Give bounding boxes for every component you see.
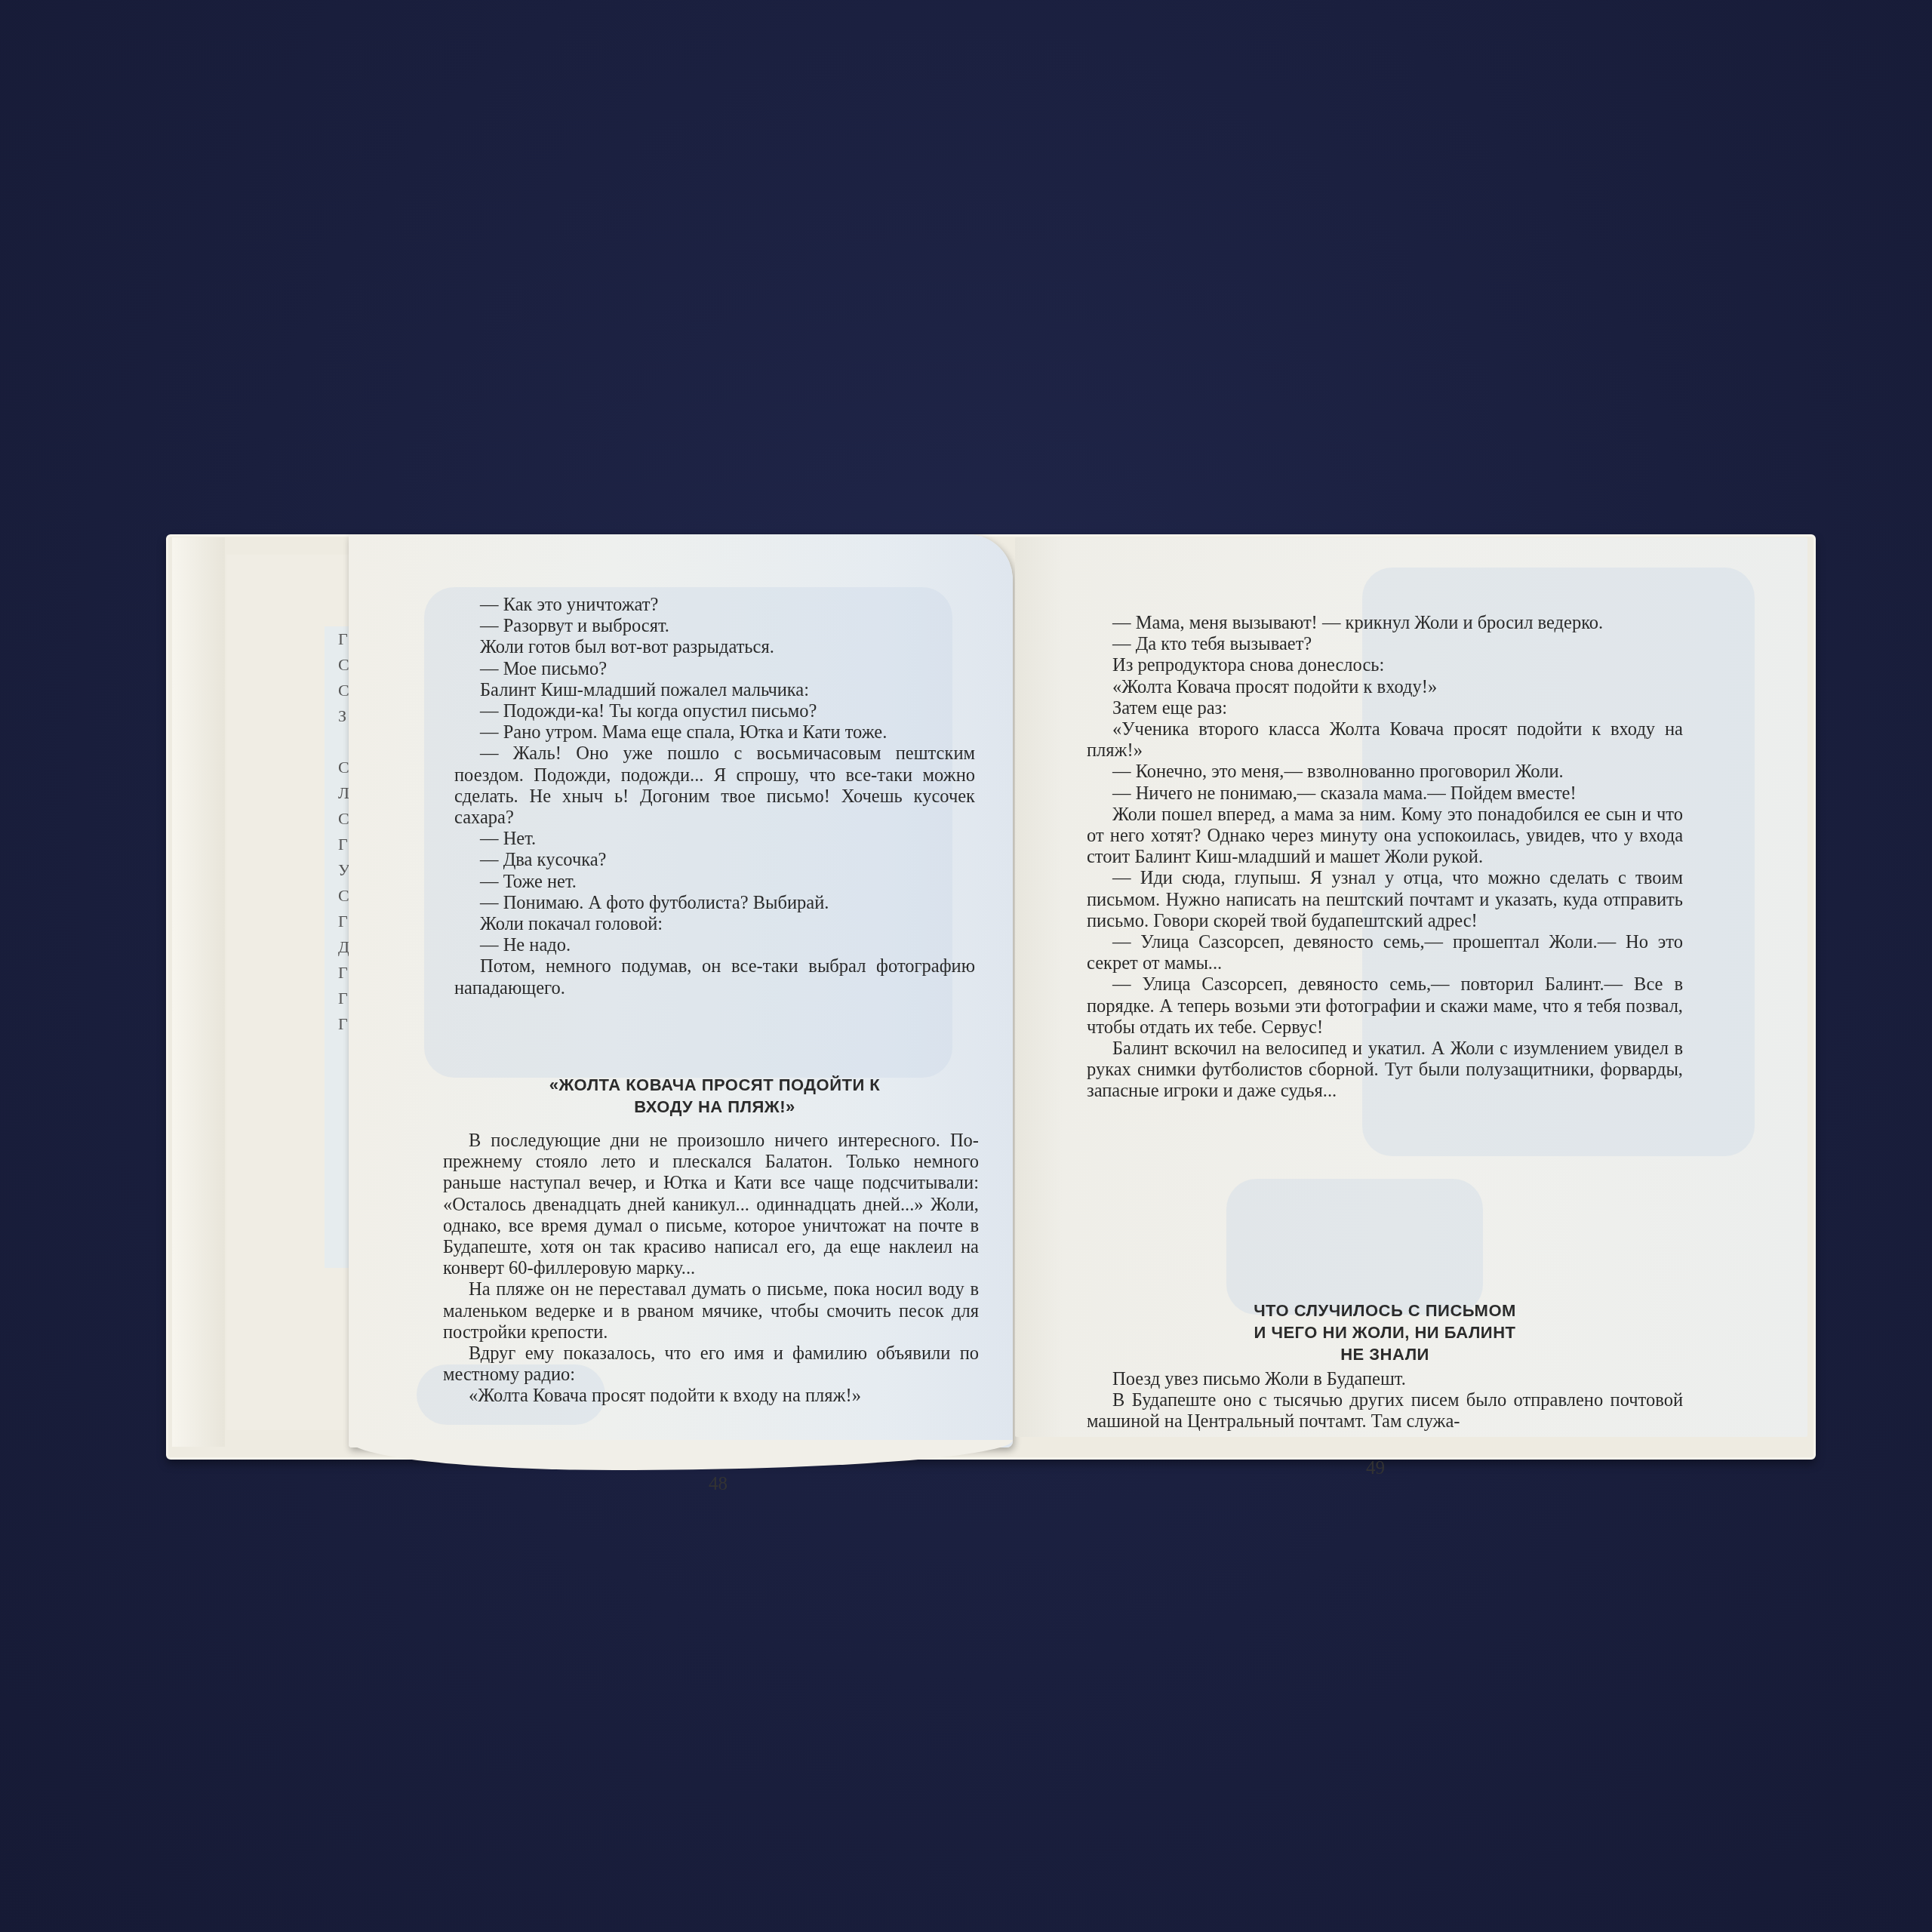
page-49[interactable]: — Мама, меня вызывают! — крикнул Жоли и …	[1015, 537, 1807, 1437]
background-illustration-bottom	[1226, 1179, 1483, 1315]
page-48[interactable]: — Как это уничтожат? — Разорвут и выброс…	[349, 534, 1013, 1447]
open-book: Г С С З С Л С Г У С Г Д Г Г Г — Как это …	[0, 0, 1932, 1932]
page-49-text-top: — Мама, меня вызывают! — крикнул Жоли и …	[1087, 613, 1683, 1103]
page-48-text-top: — Как это уничтожат? — Разорвут и выброс…	[454, 595, 975, 999]
chapter-heading-left: «ЖОЛТА КОВАЧА ПРОСЯТ ПОДОЙТИ К ВХОДУ НА …	[454, 1074, 975, 1118]
chapter-heading-right: ЧТО СЛУЧИЛОСЬ С ПИСЬМОМ И ЧЕГО НИ ЖОЛИ, …	[1087, 1300, 1683, 1365]
page-48-text-bottom: В последующие дни не произошло ничего ин…	[443, 1131, 979, 1407]
cover-edge	[172, 537, 225, 1447]
page-number-48: 48	[709, 1474, 728, 1495]
page-49-text-bottom: Поезд увез письмо Жоли в Будапешт. В Буд…	[1087, 1369, 1683, 1433]
page-number-49: 49	[1366, 1458, 1385, 1479]
